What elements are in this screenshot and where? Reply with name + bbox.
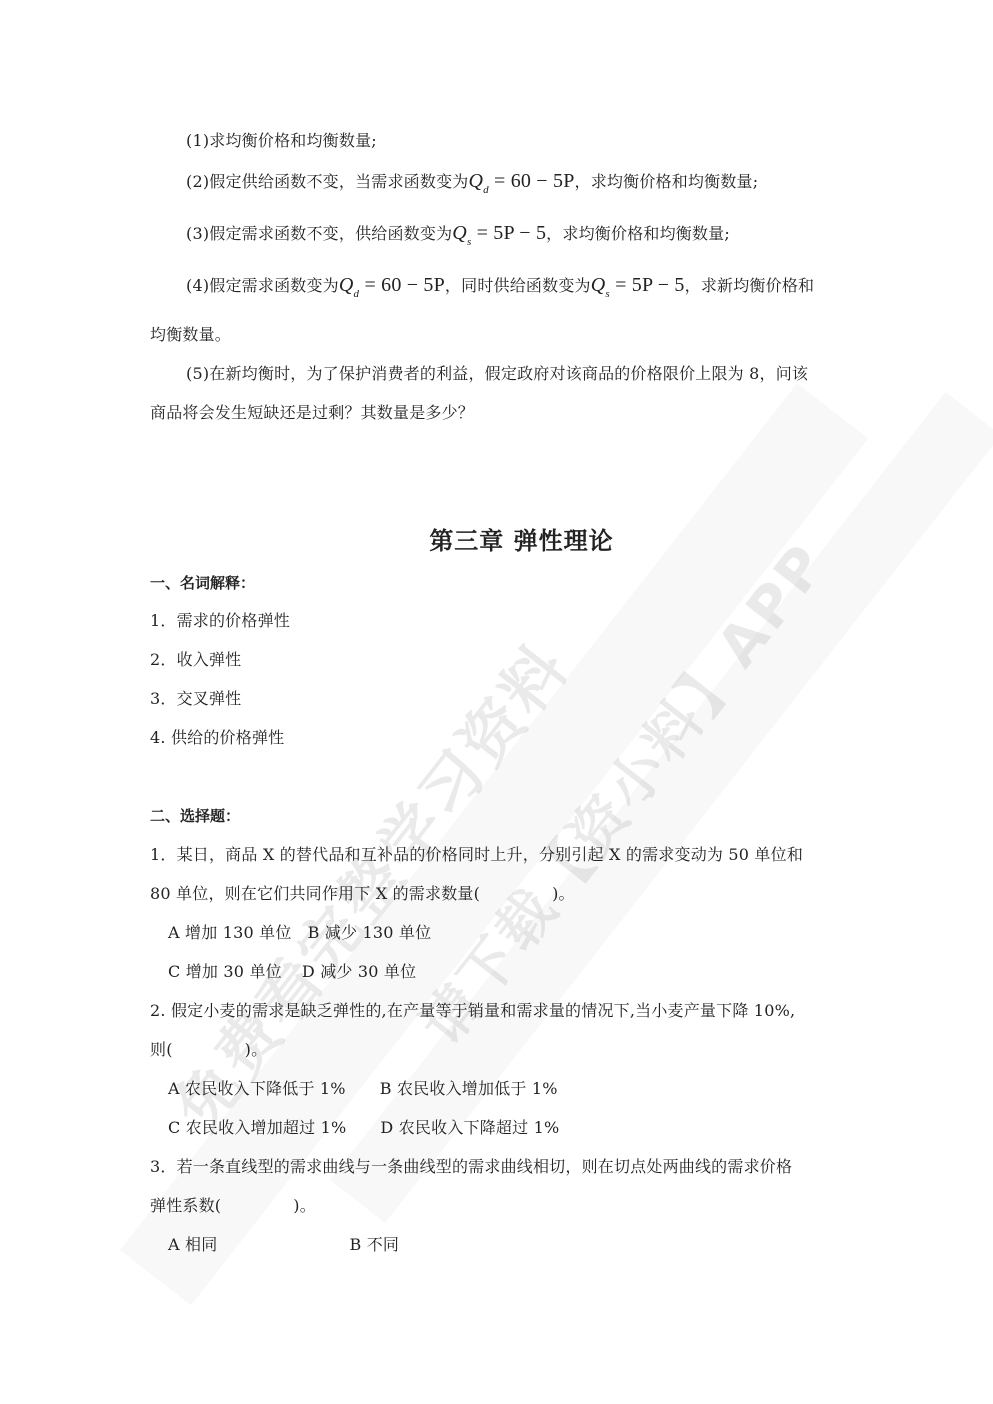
option-c: C 农民收入增加超过 1% [168,1118,346,1137]
option-d: D 农民收入下降超过 1% [380,1118,559,1137]
chapter-title: 第三章 弹性理论 [0,521,993,556]
options-row: A 增加 130 单位B 减少 130 单位 [168,922,431,944]
watermark-line-2: 请下载【资小料】APP [400,523,843,1059]
question-text: 假定需求函数不变，供给函数变为 [209,224,452,243]
choice-question-1-continued: 80 单位，则在它们共同作用下 X 的需求数量()。 [150,883,575,905]
options-row: C 农民收入增加超过 1%D 农民收入下降超过 1% [168,1117,559,1139]
option-b: B 不同 [349,1235,399,1254]
question-text: ，同时供给函数变为 [445,276,591,295]
question-text: ，求均衡价格和均衡数量; [575,172,759,191]
demand-equation: Qd = 60 − 5P [339,274,445,296]
question-5: (5)在新均衡时，为了保护消费者的利益，假定政府对该商品的价格限价上限为 8，问… [186,363,808,385]
option-b: B 农民收入增加低于 1% [380,1079,558,1098]
question-number: (1) [186,131,209,150]
options-row: C 增加 30 单位D 减少 30 单位 [168,961,416,983]
question-text: )。 [245,1040,268,1059]
option-b: B 减少 130 单位 [308,923,432,942]
options-row: A 农民收入下降低于 1%B 农民收入增加低于 1% [168,1078,558,1100]
choice-question-3: 3．若一条直线型的需求曲线与一条曲线型的需求曲线相切，则在切点处两曲线的需求价格 [150,1156,792,1178]
question-text: )。 [293,1196,316,1215]
question-text: 求均衡价格和均衡数量; [209,131,377,150]
definition-item: 2．收入弹性 [150,649,241,671]
question-number: (3) [186,224,209,243]
choice-question-3-continued: 弹性系数()。 [150,1195,316,1217]
demand-equation: Qd = 60 − 5P [468,170,574,192]
question-text: 则( [150,1040,173,1059]
definition-item: 4. 供给的价格弹性 [150,727,284,749]
section-heading-choice: 二、选择题： [150,805,240,826]
definition-item: 1．需求的价格弹性 [150,610,290,632]
question-5-continued: 商品将会发生短缺还是过剩？其数量是多少？ [150,402,474,424]
question-number: (5) [186,364,209,383]
question-text: 80 单位，则在它们共同作用下 X 的需求数量( [150,884,480,903]
option-a: A 相同 [168,1235,217,1254]
question-text: ，求新均衡价格和 [685,276,815,295]
question-text: 假定供给函数不变，当需求函数变为 [209,172,468,191]
question-text: 弹性系数( [150,1196,221,1215]
question-text: 在新均衡时，为了保护消费者的利益，假定政府对该商品的价格限价上限为 8，问该 [209,364,808,383]
question-text: ，求均衡价格和均衡数量; [546,224,730,243]
definition-item: 3．交叉弹性 [150,688,241,710]
question-3: (3)假定需求函数不变，供给函数变为Qs = 5P − 5，求均衡价格和均衡数量… [186,222,730,253]
question-number: (2) [186,172,209,191]
choice-question-1: 1．某日，商品 X 的替代品和互补品的价格同时上升，分别引起 X 的需求变动为 … [150,844,803,866]
question-4: (4)假定需求函数变为Qd = 60 − 5P，同时供给函数变为Qs = 5P … [186,274,814,305]
choice-question-2: 2. 假定小麦的需求是缺乏弹性的,在产量等于销量和需求量的情况下,当小麦产量下降… [150,1000,795,1022]
option-a: A 农民收入下降低于 1% [168,1079,346,1098]
supply-equation: Qs = 5P − 5 [452,222,546,244]
question-2: (2)假定供给函数不变，当需求函数变为Qd = 60 − 5P，求均衡价格和均衡… [186,170,758,201]
choice-question-2-continued: 则()。 [150,1039,267,1061]
document-page: 免费看完整学习资料 请下载【资小料】APP (1)求均衡价格和均衡数量; (2)… [0,0,993,1404]
question-1: (1)求均衡价格和均衡数量; [186,130,377,152]
option-a: A 增加 130 单位 [168,923,292,942]
question-text: 假定需求函数变为 [209,276,339,295]
option-c: C 增加 30 单位 [168,962,282,981]
supply-equation: Qs = 5P − 5 [591,274,685,296]
question-4-continued: 均衡数量。 [150,324,231,346]
option-d: D 减少 30 单位 [302,962,416,981]
section-heading-definitions: 一、名词解释： [150,572,255,593]
options-row: A 相同B 不同 [168,1234,399,1256]
question-number: (4) [186,276,209,295]
question-text: )。 [552,884,575,903]
